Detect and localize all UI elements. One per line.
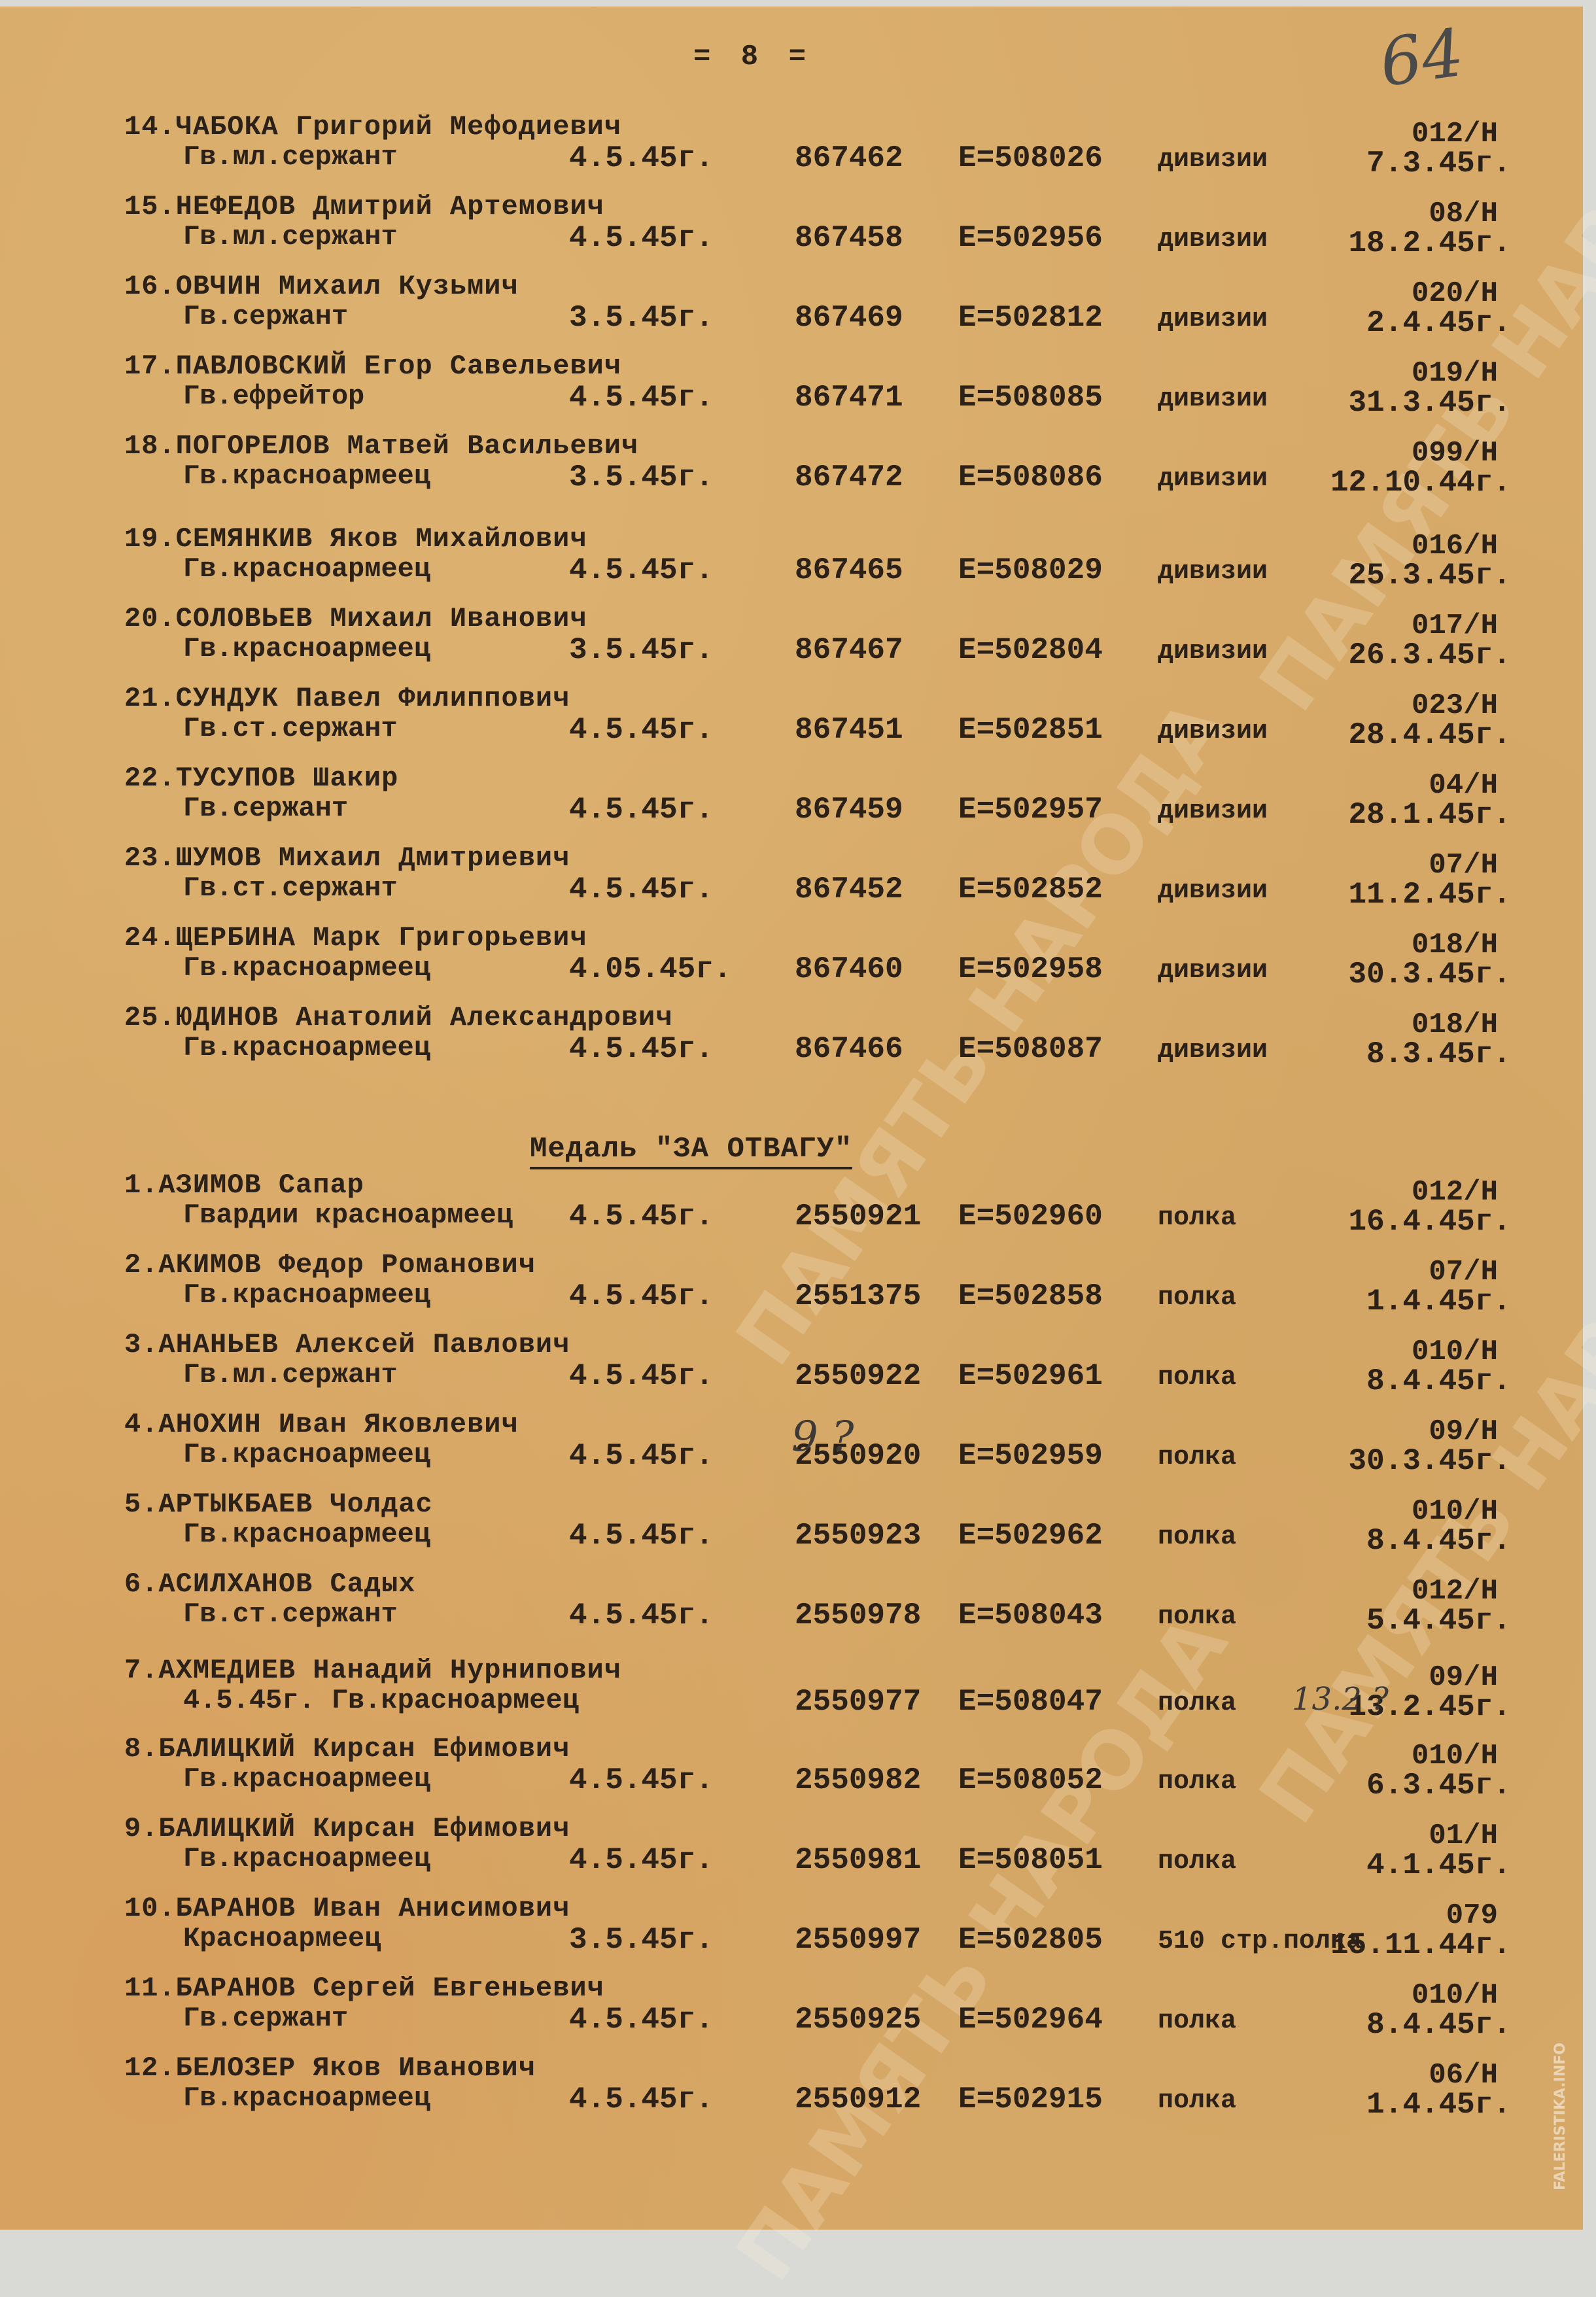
entry-number: 17. [124, 351, 176, 382]
award-number: 2550978 [795, 1598, 921, 1632]
award-number: 2550981 [795, 1843, 921, 1877]
full-name: ТУСУПОВ Шакир [176, 763, 399, 794]
entry-number: 12. [124, 2052, 176, 2084]
order-date: 12.10.44г. [1330, 466, 1511, 500]
full-name: БАЛИЦКИЙ Кирсан Ефимович [158, 1733, 570, 1765]
entry-number: 3. [124, 1329, 158, 1360]
list-item: 23.ШУМОВ Михаил ДмитриевичГв.ст.сержант4… [0, 842, 1583, 921]
code: Е=502960 [958, 1200, 1103, 1234]
entry-number: 18. [124, 430, 176, 462]
order-date: 25.3.45г. [1349, 559, 1511, 593]
order-date: 11.2.45г. [1349, 878, 1511, 912]
order-number: 010/Н [1412, 1495, 1498, 1528]
full-name: АКИМОВ Федор Романович [158, 1249, 536, 1281]
code: Е=508087 [958, 1032, 1103, 1066]
order-number: 07/Н [1429, 849, 1498, 882]
list-item: 11.БАРАНОВ Сергей ЕвгеньевичГв.сержант4.… [0, 1973, 1583, 2051]
list-item: 14.ЧАБОКА Григорий МефодиевичГв.мл.сержа… [0, 111, 1583, 190]
order-date: 26.3.45г. [1349, 638, 1511, 672]
order-number: 012/Н [1412, 1575, 1498, 1608]
unit: дивизии [1158, 225, 1268, 254]
order-date: 8.4.45г. [1366, 1524, 1511, 1558]
award-number: 867452 [795, 872, 903, 907]
unit: дивизии [1158, 956, 1268, 986]
award-number: 867459 [795, 793, 903, 827]
full-name: АСИЛХАНОВ Садых [158, 1568, 415, 1600]
unit: дивизии [1158, 385, 1268, 414]
award-number: 2550997 [795, 1923, 921, 1957]
code: Е=502915 [958, 2082, 1103, 2116]
order-date: 8.4.45г. [1366, 2008, 1511, 2042]
person-name: 17.ПАВЛОВСКИЙ Егор Савельевич [124, 351, 621, 382]
rank: 4.5.45г. Гв.красноармеец [183, 1685, 579, 1716]
order-number: 079 [1446, 1899, 1498, 1932]
award-date: 4.5.45г. [569, 1843, 714, 1877]
list-item: 19.СЕМЯНКИВ Яков МихайловичГв.красноарме… [0, 523, 1583, 602]
rank: Гв.красноармеец [183, 1763, 430, 1795]
order-date: 31.3.45г. [1349, 386, 1511, 420]
person-name: 11.БАРАНОВ Сергей Евгеньевич [124, 1973, 604, 2004]
full-name: СУНДУК Павел Филиппович [176, 683, 570, 714]
award-date: 4.5.45г. [569, 1279, 714, 1313]
list-item: 5.АРТЫКБАЕВ ЧолдасГв.красноармеец4.5.45г… [0, 1489, 1583, 1567]
list-item: 3.АНАНЬЕВ Алексей ПавловичГв.мл.сержант4… [0, 1329, 1583, 1408]
code: Е=508051 [958, 1843, 1103, 1877]
entry-number: 7. [124, 1655, 158, 1686]
unit: дивизии [1158, 464, 1268, 494]
person-name: 20.СОЛОВЬЕВ Михаил Иванович [124, 603, 587, 634]
full-name: АРТЫКБАЕВ Чолдас [158, 1489, 432, 1520]
entry-number: 1. [124, 1169, 158, 1201]
order-number: 099/Н [1412, 437, 1498, 470]
person-name: 8.БАЛИЦКИЙ Кирсан Ефимович [124, 1733, 570, 1765]
full-name: АНАНЬЕВ Алексей Павлович [158, 1329, 570, 1360]
full-name: БАРАНОВ Иван Анисимович [176, 1893, 570, 1924]
full-name: БЕЛОЗЕР Яков Иванович [176, 2052, 536, 2084]
list-item: 9.БАЛИЦКИЙ Кирсан ЕфимовичГв.красноармее… [0, 1813, 1583, 1891]
order-date: 28.1.45г. [1349, 798, 1511, 832]
award-number: 867462 [795, 141, 903, 175]
order-number: 010/Н [1412, 1979, 1498, 2012]
rank: Гв.красноармеец [183, 553, 430, 585]
award-number: 867472 [795, 460, 903, 494]
award-date: 4.5.45г. [569, 141, 714, 175]
full-name: ПАВЛОВСКИЙ Егор Савельевич [176, 351, 621, 382]
award-date: 4.5.45г. [569, 1359, 714, 1393]
entry-number: 11. [124, 1973, 176, 2004]
list-item: 12.БЕЛОЗЕР Яков ИвановичГв.красноармеец4… [0, 2052, 1583, 2131]
person-name: 16.ОВЧИН Михаил Кузьмич [124, 271, 519, 302]
person-name: 18.ПОГОРЕЛОВ Матвей Васильевич [124, 430, 638, 462]
rank: Гв.мл.сержант [183, 221, 398, 252]
code: Е=508026 [958, 141, 1103, 175]
award-number: 867465 [795, 553, 903, 587]
award-date: 4.5.45г. [569, 1519, 714, 1553]
code: Е=502964 [958, 2003, 1103, 2037]
award-number: 867458 [795, 221, 903, 255]
award-date: 4.05.45г. [569, 952, 731, 986]
order-date: 28.4.45г. [1349, 718, 1511, 752]
unit: полка [1158, 1847, 1236, 1876]
entry-number: 22. [124, 763, 176, 794]
order-date: 5.4.45г. [1366, 1604, 1511, 1638]
list-item: 2.АКИМОВ Федор РомановичГв.красноармеец4… [0, 1249, 1583, 1328]
order-date: 16.4.45г. [1349, 1205, 1511, 1239]
unit: полка [1158, 1203, 1236, 1233]
entry-number: 24. [124, 922, 176, 954]
person-name: 15.НЕФЕДОВ Дмитрий Артемович [124, 191, 604, 222]
order-number: 010/Н [1412, 1336, 1498, 1368]
order-number: 018/Н [1412, 1009, 1498, 1041]
unit: дивизии [1158, 876, 1268, 906]
award-number: 2550925 [795, 2003, 921, 2037]
entry-number: 19. [124, 523, 176, 555]
order-date: 30.3.45г. [1349, 958, 1511, 992]
award-date: 3.5.45г. [569, 460, 714, 494]
order-number: 016/Н [1412, 530, 1498, 562]
award-date: 4.5.45г. [569, 713, 714, 747]
person-name: 14.ЧАБОКА Григорий Мефодиевич [124, 111, 621, 143]
person-name: 6.АСИЛХАНОВ Садых [124, 1568, 415, 1600]
award-date: 4.5.45г. [569, 872, 714, 907]
unit: полка [1158, 2086, 1236, 2116]
full-name: ПОГОРЕЛОВ Матвей Васильевич [176, 430, 639, 462]
handwritten-note: 9 ? [791, 1413, 854, 1461]
list-item: 8.БАЛИЦКИЙ Кирсан ЕфимовичГв.красноармее… [0, 1733, 1583, 1812]
person-name: 10.БАРАНОВ Иван Анисимович [124, 1893, 570, 1924]
code: Е=502957 [958, 793, 1103, 827]
unit: полка [1158, 1767, 1236, 1797]
full-name: АХМЕДИЕВ Нанадий Нурнипович [158, 1655, 621, 1686]
person-name: 1.АЗИМОВ Сапар [124, 1169, 364, 1201]
full-name: ЧАБОКА Григорий Мефодиевич [176, 111, 621, 143]
person-name: 9.БАЛИЦКИЙ Кирсан Ефимович [124, 1813, 570, 1844]
person-name: 21.СУНДУК Павел Филиппович [124, 683, 570, 714]
award-date: 4.5.45г. [569, 221, 714, 255]
award-number: 2550922 [795, 1359, 921, 1393]
award-date: 4.5.45г. [569, 1200, 714, 1234]
full-name: БАЛИЦКИЙ Кирсан Ефимович [158, 1813, 570, 1844]
entry-number: 2. [124, 1249, 158, 1281]
unit: полка [1158, 1602, 1236, 1632]
person-name: 4.АНОХИН Иван Яковлевич [124, 1409, 519, 1440]
order-number: 09/Н [1429, 1661, 1498, 1694]
person-name: 25.ЮДИНОВ Анатолий Александрович [124, 1002, 673, 1033]
unit: полка [1158, 1523, 1236, 1552]
list-item: 21.СУНДУК Павел ФилипповичГв.ст.сержант4… [0, 683, 1583, 761]
rank: Гв.красноармеец [183, 633, 430, 665]
entry-number: 8. [124, 1733, 158, 1765]
full-name: СЕМЯНКИВ Яков Михайлович [176, 523, 587, 555]
order-date: 6.3.45г. [1366, 1769, 1511, 1803]
entry-number: 5. [124, 1489, 158, 1520]
unit: дивизии [1158, 717, 1268, 746]
order-number: 020/Н [1412, 277, 1498, 310]
award-number: 867467 [795, 633, 903, 667]
code: Е=502959 [958, 1439, 1103, 1473]
list-item: 17.ПАВЛОВСКИЙ Егор СавельевичГв.ефрейтор… [0, 351, 1583, 429]
unit: дивизии [1158, 1036, 1268, 1065]
award-date: 3.5.45г. [569, 301, 714, 335]
award-date: 4.5.45г. [569, 1763, 714, 1797]
rank: Гв.ст.сержант [183, 713, 398, 744]
rank: Гв.красноармеец [183, 2082, 430, 2114]
person-name: 7.АХМЕДИЕВ Нанадий Нурнипович [124, 1655, 621, 1686]
rank: Гв.красноармеец [183, 1519, 430, 1550]
document-page: ПАМЯТЬ НАРОДА ПАМЯТЬ НАРОДА ПАМЯТЬ НАРОД… [0, 7, 1583, 2230]
entry-number: 9. [124, 1813, 158, 1844]
rank: Гв.ефрейтор [183, 381, 364, 412]
order-number: 04/Н [1429, 769, 1498, 802]
code: Е=502852 [958, 872, 1103, 907]
list-item: 25.ЮДИНОВ Анатолий АлександровичГв.красн… [0, 1002, 1583, 1080]
rank: Гв.мл.сержант [183, 141, 398, 173]
award-number: 2551375 [795, 1279, 921, 1313]
full-name: ШУМОВ Михаил Дмитриевич [176, 842, 570, 874]
person-name: 12.БЕЛОЗЕР Яков Иванович [124, 2052, 536, 2084]
rank: Гвардии красноармеец [183, 1200, 513, 1231]
full-name: ЮДИНОВ Анатолий Александрович [176, 1002, 673, 1033]
order-number: 07/Н [1429, 1256, 1498, 1288]
order-date: 18.2.45г. [1349, 226, 1511, 260]
order-date: 4.1.45г. [1366, 1848, 1511, 1882]
code: Е=508085 [958, 381, 1103, 415]
unit: дивизии [1158, 305, 1268, 334]
award-number: 2550921 [795, 1200, 921, 1234]
award-number: 867460 [795, 952, 903, 986]
rank: Гв.красноармеец [183, 1439, 430, 1470]
award-number: 2550923 [795, 1519, 921, 1553]
code: Е=508043 [958, 1598, 1103, 1632]
rank: Красноармеец [183, 1923, 381, 1954]
award-number: 867471 [795, 381, 903, 415]
list-item: 15.НЕФЕДОВ Дмитрий АртемовичГв.мл.сержан… [0, 191, 1583, 269]
award-date: 4.5.45г. [569, 381, 714, 415]
rank: Гв.мл.сержант [183, 1359, 398, 1390]
full-name: АЗИМОВ Сапар [158, 1169, 364, 1201]
rank: Гв.сержант [183, 301, 348, 332]
section-title: Медаль "ЗА ОТВАГУ" [530, 1133, 852, 1169]
code: Е=502804 [958, 633, 1103, 667]
unit: дивизии [1158, 637, 1268, 666]
order-number: 09/Н [1429, 1415, 1498, 1448]
entry-number: 6. [124, 1568, 158, 1600]
code: Е=508029 [958, 553, 1103, 587]
order-number: 010/Н [1412, 1740, 1498, 1772]
order-number: 06/Н [1429, 2059, 1498, 2092]
unit: полка [1158, 1689, 1236, 1718]
rank: Гв.красноармеец [183, 952, 430, 984]
person-name: 3.АНАНЬЕВ Алексей Павлович [124, 1329, 570, 1360]
full-name: СОЛОВЬЕВ Михаил Иванович [176, 603, 587, 634]
order-number: 01/Н [1429, 1820, 1498, 1852]
award-date: 3.5.45г. [569, 633, 714, 667]
full-name: БАРАНОВ Сергей Евгеньевич [176, 1973, 604, 2004]
order-number: 017/Н [1412, 610, 1498, 642]
person-name: 22.ТУСУПОВ Шакир [124, 763, 398, 794]
code: Е=502956 [958, 221, 1103, 255]
order-date: 8.3.45г. [1366, 1037, 1511, 1071]
award-date: 4.5.45г. [569, 793, 714, 827]
unit: полка [1158, 2007, 1236, 2036]
unit: дивизии [1158, 145, 1268, 175]
award-number: 2550977 [795, 1685, 921, 1719]
rank: Гв.сержант [183, 2003, 348, 2034]
rank: Гв.красноармеец [183, 460, 430, 492]
code: Е=502962 [958, 1519, 1103, 1553]
entry-number: 25. [124, 1002, 176, 1033]
list-item: 18.ПОГОРЕЛОВ Матвей ВасильевичГв.красноа… [0, 430, 1583, 509]
code: Е=502958 [958, 952, 1103, 986]
full-name: НЕФЕДОВ Дмитрий Артемович [176, 191, 604, 222]
person-name: 2.АКИМОВ Федор Романович [124, 1249, 536, 1281]
order-date: 1.4.45г. [1366, 1285, 1511, 1319]
unit: полка [1158, 1363, 1236, 1392]
award-number: 2550982 [795, 1763, 921, 1797]
rank: Гв.красноармеец [183, 1032, 430, 1063]
award-date: 4.5.45г. [569, 2003, 714, 2037]
code: Е=502812 [958, 301, 1103, 335]
award-date: 4.5.45г. [569, 1598, 714, 1632]
list-item: 20.СОЛОВЬЕВ Михаил ИвановичГв.красноарме… [0, 603, 1583, 682]
unit: полка [1158, 1443, 1236, 1472]
order-date: 2.4.45г. [1366, 306, 1511, 340]
award-date: 3.5.45г. [569, 1923, 714, 1957]
rank: Гв.ст.сержант [183, 872, 398, 904]
award-number: 2550912 [795, 2082, 921, 2116]
order-number: 019/Н [1412, 357, 1498, 390]
rank: Гв.сержант [183, 793, 348, 824]
rank: Гв.красноармеец [183, 1279, 430, 1311]
code: Е=508052 [958, 1763, 1103, 1797]
order-date: 8.4.45г. [1366, 1364, 1511, 1398]
unit: полка [1158, 1283, 1236, 1313]
award-number: 867451 [795, 713, 903, 747]
award-date: 4.5.45г. [569, 1032, 714, 1066]
code: Е=502851 [958, 713, 1103, 747]
code: Е=508086 [958, 460, 1103, 494]
order-number: 018/Н [1412, 929, 1498, 961]
order-date: 30.3.45г. [1349, 1444, 1511, 1478]
award-number: 867469 [795, 301, 903, 335]
rank: Гв.красноармеец [183, 1843, 430, 1874]
code: Е=502961 [958, 1359, 1103, 1393]
handwritten-sheet-number: 64 [1375, 14, 1468, 102]
order-date: 1.4.45г. [1366, 2088, 1511, 2122]
entry-number: 4. [124, 1409, 158, 1440]
full-name: ЩЕРБИНА Марк Григорьевич [176, 922, 587, 954]
order-number: 08/Н [1429, 198, 1498, 230]
unit: дивизии [1158, 797, 1268, 826]
order-number: 012/Н [1412, 118, 1498, 150]
list-item: 6.АСИЛХАНОВ СадыхГв.ст.сержант4.5.45г.25… [0, 1568, 1583, 1647]
award-number: 867466 [795, 1032, 903, 1066]
unit: дивизии [1158, 557, 1268, 587]
order-date: 15.11.44г. [1330, 1928, 1511, 1962]
order-date: 7.3.45г. [1366, 147, 1511, 181]
rank: Гв.ст.сержант [183, 1598, 398, 1630]
list-item: 24.ЩЕРБИНА Марк ГригорьевичГв.красноарме… [0, 922, 1583, 1001]
entry-number: 10. [124, 1893, 176, 1924]
code: Е=502805 [958, 1923, 1103, 1957]
code: Е=502858 [958, 1279, 1103, 1313]
award-date: 4.5.45г. [569, 2082, 714, 2116]
entry-number: 20. [124, 603, 176, 634]
source-mark: FALERISTIKA.INFO [1552, 2043, 1569, 2190]
entry-number: 14. [124, 111, 176, 143]
code: Е=508047 [958, 1685, 1103, 1719]
person-name: 19.СЕМЯНКИВ Яков Михайлович [124, 523, 587, 555]
entry-number: 21. [124, 683, 176, 714]
entry-number: 16. [124, 271, 176, 302]
full-name: ОВЧИН Михаил Кузьмич [176, 271, 519, 302]
page-number: = 8 = [693, 41, 812, 73]
order-number: 023/Н [1412, 689, 1498, 722]
handwritten-note: 13.2 ? [1292, 1681, 1389, 1718]
award-date: 4.5.45г. [569, 553, 714, 587]
list-item: 10.БАРАНОВ Иван АнисимовичКрасноармеец3.… [0, 1893, 1583, 1971]
person-name: 24.ЩЕРБИНА Марк Григорьевич [124, 922, 587, 954]
person-name: 23.ШУМОВ Михаил Дмитриевич [124, 842, 570, 874]
order-number: 012/Н [1412, 1176, 1498, 1209]
list-item: 22.ТУСУПОВ ШакирГв.сержант4.5.45г.867459… [0, 763, 1583, 841]
entry-number: 23. [124, 842, 176, 874]
list-item: 1.АЗИМОВ СапарГвардии красноармеец4.5.45… [0, 1169, 1583, 1248]
full-name: АНОХИН Иван Яковлевич [158, 1409, 518, 1440]
entry-number: 15. [124, 191, 176, 222]
award-date: 4.5.45г. [569, 1439, 714, 1473]
list-item: 16.ОВЧИН Михаил КузьмичГв.сержант3.5.45г… [0, 271, 1583, 349]
person-name: 5.АРТЫКБАЕВ Чолдас [124, 1489, 433, 1520]
